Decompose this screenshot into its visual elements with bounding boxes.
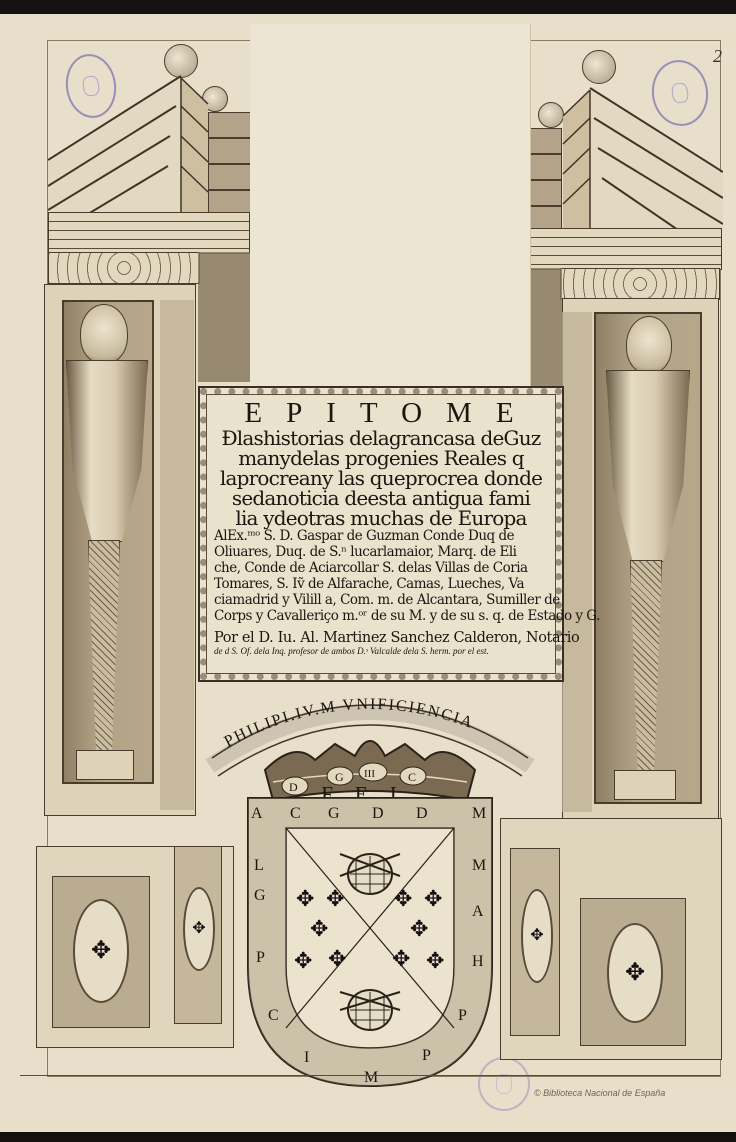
svg-text:M: M [364,1069,378,1086]
svg-text:✥: ✥ [326,887,344,912]
ermine-cartouche: ✥ [521,889,553,983]
svg-text:M: M [472,805,486,822]
svg-text:✥: ✥ [426,949,444,974]
pediment-steps [208,112,252,214]
svg-text:A: A [472,903,484,920]
title-line: Ðlashistorias delagrancasa deGuz [214,428,548,448]
svg-text:H: H [472,953,484,970]
svg-text:D: D [372,805,384,822]
svg-text:✥: ✥ [328,947,346,972]
dedication-line: Tomares, S. Iṽ de Alfarache, Camas, Luec… [214,576,548,592]
pillar-side-wash [160,300,194,810]
title-text-block: EPITOME Ðlashistorias delagrancasa deGuz… [214,398,548,657]
blank-paper-patch [250,24,531,390]
ground-line [20,1075,720,1076]
svg-text:P: P [458,1007,467,1024]
dedication-line: che, Conde de Aciarcollar S. delas Villa… [214,560,548,576]
svg-text:III: III [364,768,375,780]
left-frieze [48,252,200,284]
svg-text:✥: ✥ [410,917,428,942]
youthful-head-icon [626,316,672,374]
right-pedestal-panel-front: ✥ [580,898,686,1046]
title-line: sedanoticia deesta antigua fami [214,488,548,508]
svg-text:P: P [422,1047,431,1064]
svg-text:G: G [328,805,340,822]
term-base [76,750,134,780]
title-line: manydelas progenies Reales q [214,448,548,468]
svg-text:D: D [416,805,428,822]
folio-number: 2 [713,46,722,67]
dedication-line: Corps y Cavalleriço m.ᵒʳ de su M. y de s… [214,608,548,624]
right-pedestal-panel-side: ✥ [510,848,560,1036]
svg-text:M: M [472,857,486,874]
credit-line: © Biblioteca Nacional de España [534,1088,665,1098]
title-line: laprocreany las queprocrea donde [214,468,548,488]
svg-text:✥: ✥ [310,917,328,942]
term-base [614,770,676,800]
title-cartouche: EPITOME Ðlashistorias delagrancasa deGuz… [198,386,564,682]
right-frieze [560,268,720,300]
stamp-crest-icon [496,1074,512,1094]
svg-text:✥: ✥ [294,949,312,974]
svg-text:✥: ✥ [392,947,410,972]
left-pedestal-panel-side: ✥ [174,846,222,1024]
right-cornice [520,228,722,270]
left-pedestal-panel-front: ✥ [52,876,150,1028]
ermine-cartouche: ✥ [73,899,129,1003]
title-heading: EPITOME [234,398,548,428]
author-detail-line: de d S. Of. dela Inq. profesor de ambos … [214,646,548,657]
finial-ball-icon [164,44,198,78]
ermine-cartouche: ✥ [183,887,215,971]
finial-ball-icon [582,50,616,84]
pillar-side-wash [562,312,592,812]
ermine-spot-icon: ✥ [625,961,645,985]
svg-text:C: C [290,805,301,822]
dedication-line: Oliuares, Duq. de S.ⁿ lucarlamaior, Marq… [214,544,548,560]
svg-text:✥: ✥ [296,887,314,912]
svg-text:✥: ✥ [424,887,442,912]
svg-text:C: C [268,1007,279,1024]
ermine-spot-icon: ✥ [91,939,111,963]
svg-text:✥: ✥ [394,887,412,912]
left-cornice [48,212,250,254]
svg-text:L: L [254,857,264,874]
coat-of-arms-shield: ✥✥✥ ✥✥ ✥✥✥ ✥✥ A C G D D M L G P C I M A … [246,796,494,1088]
svg-text:I: I [304,1049,309,1066]
ermine-spot-icon: ✥ [192,921,205,937]
bearded-head-icon [80,304,128,364]
author-line: Por el D. Iu. Al. Martinez Sanchez Calde… [214,630,548,646]
ermine-cartouche: ✥ [607,923,663,1023]
svg-text:D: D [289,780,298,794]
svg-text:P: P [256,949,265,966]
dedication-line: AlEx.ᵐᵒ S. D. Gaspar de Guzman Conde Duq… [214,528,548,544]
title-line: lia ydeotras muchas de Europa [214,508,548,528]
left-shadow-wash [198,252,250,382]
svg-text:A: A [251,805,263,822]
svg-text:G: G [254,887,266,904]
ermine-spot-icon: ✥ [530,928,543,944]
dedication-line: ciamadrid y Vilill a, Com. m. de Alcanta… [214,592,548,608]
